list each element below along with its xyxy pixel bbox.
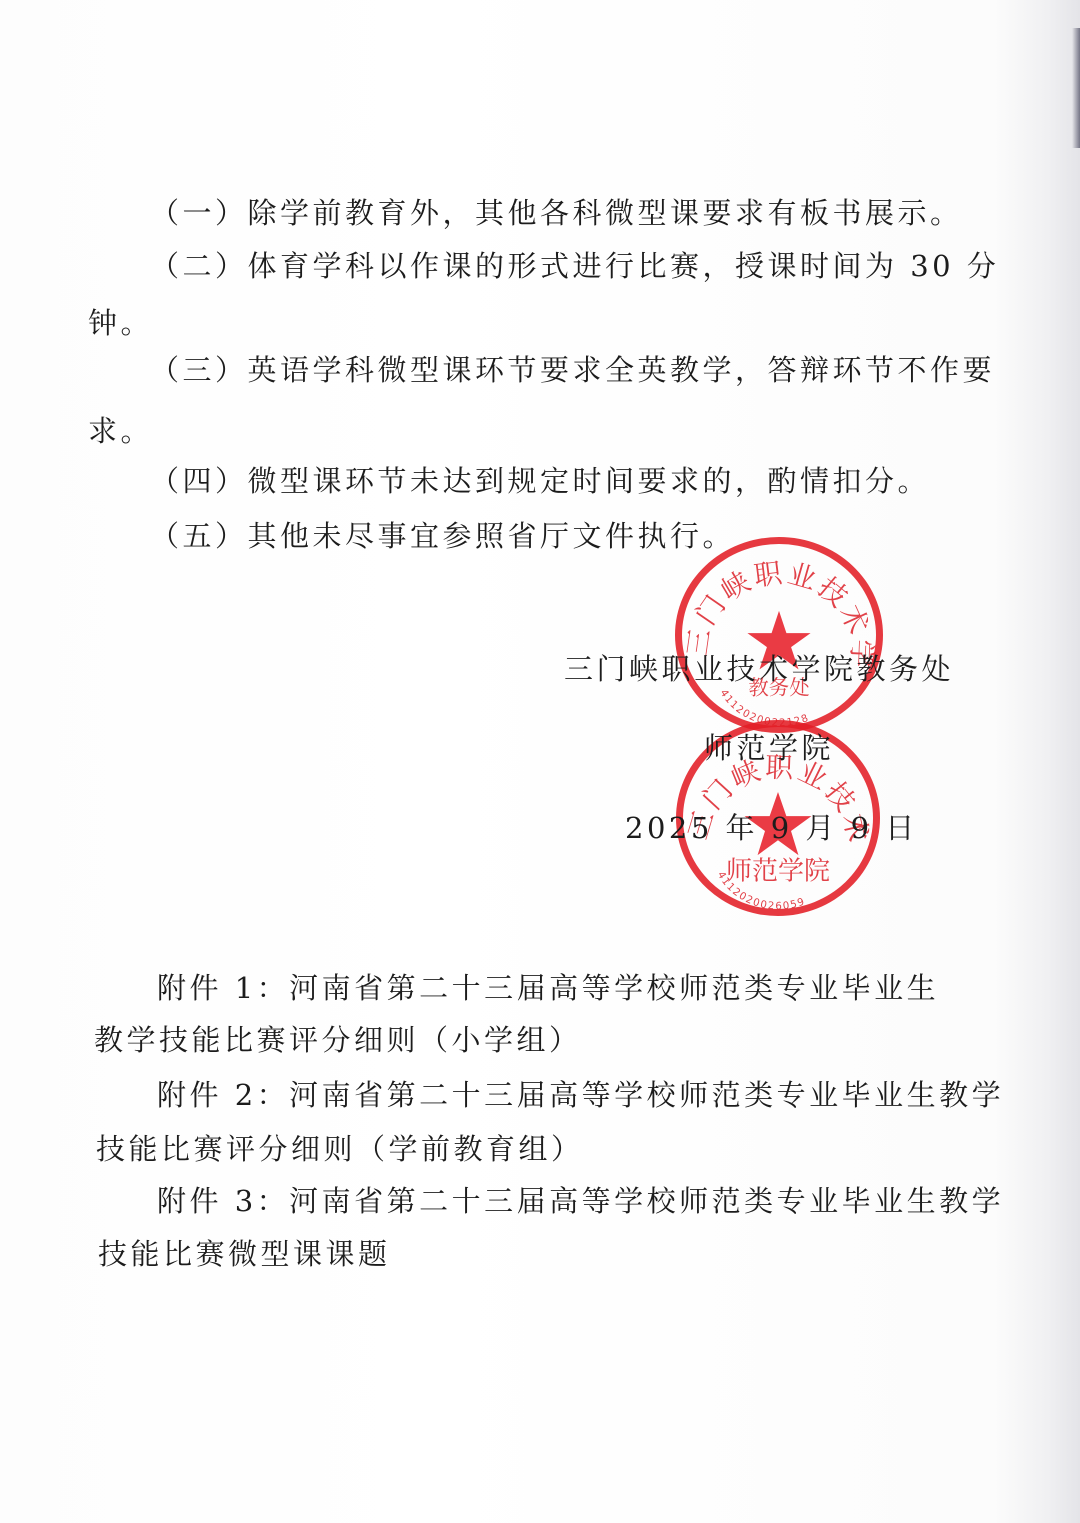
attachment-1-line-2: 教学技能比赛评分细则（小学组） xyxy=(94,1026,582,1055)
item-5-line-1: （五）其他未尽事宜参照省厅文件执行。 xyxy=(150,522,735,551)
svg-text:师范学院: 师范学院 xyxy=(726,856,830,886)
item-3-line-1: （三）英语学科微型课环节要求全英教学，答辩环节不作要 xyxy=(150,356,995,385)
item-4-line-1: （四）微型课环节未达到规定时间要求的，酌情扣分。 xyxy=(150,467,930,496)
attachment-2-line-1: 附件 2：河南省第二十三届高等学校师范类专业毕业生教学 xyxy=(157,1081,1004,1110)
item-3-line-2: 求。 xyxy=(88,417,153,446)
stamp-academic-affairs: 三门峡职业技术学院 教务处 4112020022128 xyxy=(675,537,883,733)
attachment-3-line-1: 附件 3：河南省第二十三届高等学校师范类专业毕业生教学 xyxy=(157,1187,1004,1216)
document-page: （一）除学前教育外，其他各科微型课要求有板书展示。 （二）体育学科以作课的形式进… xyxy=(0,0,1080,1523)
attachment-2-line-2: 技能比赛评分细则（学前教育组） xyxy=(96,1135,584,1164)
attachment-3-line-2: 技能比赛微型课课题 xyxy=(98,1240,391,1269)
page-edge-shadow xyxy=(1072,28,1080,148)
item-2-line-2: 钟。 xyxy=(88,309,153,338)
item-2-line-1: （二）体育学科以作课的形式进行比赛，授课时间为 30 分 xyxy=(150,252,999,281)
signature-date: 2025 年 9 月 9 日 xyxy=(625,814,918,843)
item-1-line-1: （一）除学前教育外，其他各科微型课要求有板书展示。 xyxy=(150,199,963,228)
signature-org-academic-affairs: 三门峡职业技术学院教务处 xyxy=(564,655,954,684)
stamp-academic-affairs-graphic: 三门峡职业技术学院 教务处 4112020022128 xyxy=(682,544,876,726)
signature-org-normal-college: 师范学院 xyxy=(704,734,834,763)
attachment-1-line-1: 附件 1：河南省第二十三届高等学校师范类专业毕业生 xyxy=(157,974,939,1003)
